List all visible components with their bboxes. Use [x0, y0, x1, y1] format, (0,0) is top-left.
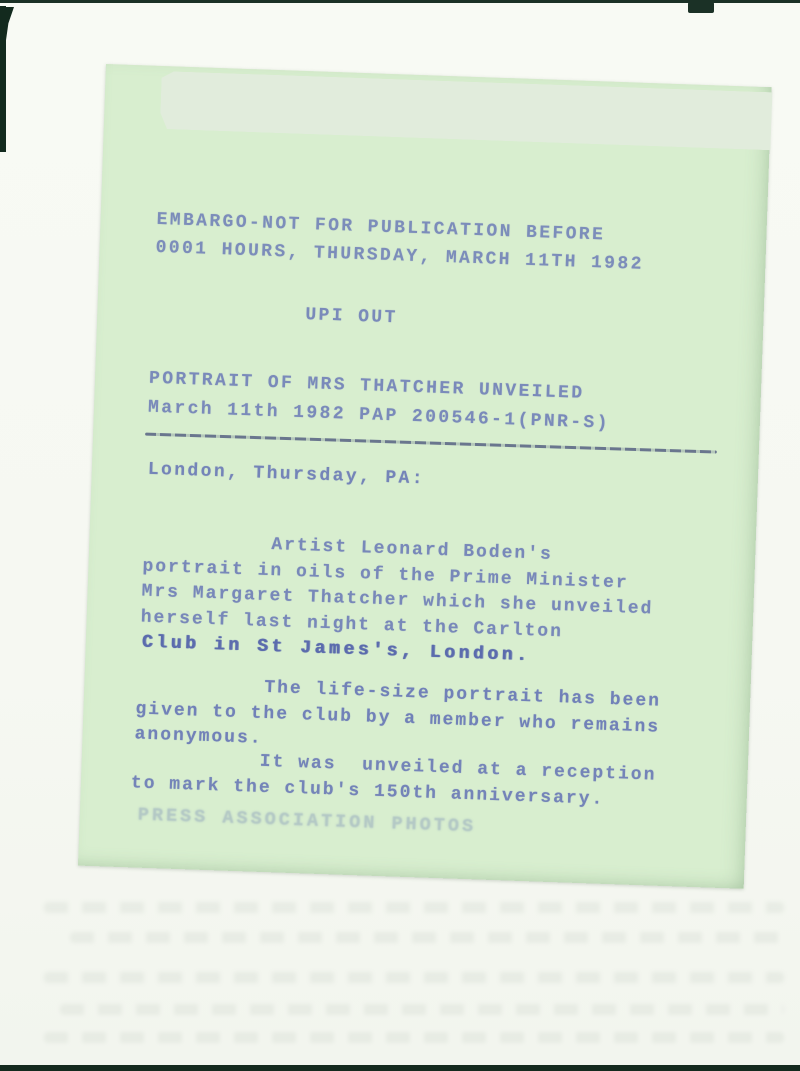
scanner-mark-top-right — [688, 2, 714, 13]
scanner-edge-bottom — [0, 1065, 800, 1071]
caption-paragraph-1: Artist Leonard Boden's portrait in oils … — [140, 529, 655, 649]
scan-background: EMBARGO-NOT FOR PUBLICATION BEFORE 0001 … — [0, 0, 800, 1071]
typed-divider-rule — [145, 433, 717, 454]
bleed-through-smudge — [44, 972, 784, 983]
agency-restriction-note: UPI OUT — [305, 301, 398, 332]
bleed-through-smudge — [44, 1032, 784, 1043]
dateline: London, Thursday, PA: — [147, 456, 425, 494]
bleed-through-smudge — [70, 932, 784, 943]
press-association-credit: PRESS ASSOCIATION PHOTOS — [137, 802, 476, 842]
press-caption-sheet: EMBARGO-NOT FOR PUBLICATION BEFORE 0001 … — [78, 64, 772, 889]
scanner-edge-top — [0, 0, 800, 3]
caption-heading: PORTRAIT OF MRS THATCHER UNVEILED March … — [148, 365, 612, 439]
top-light-band — [160, 71, 773, 150]
embargo-notice: EMBARGO-NOT FOR PUBLICATION BEFORE 0001 … — [155, 206, 645, 279]
bleed-through-smudge — [44, 902, 784, 913]
scanner-edge-left — [0, 6, 6, 152]
bleed-through-smudge — [60, 1004, 784, 1015]
